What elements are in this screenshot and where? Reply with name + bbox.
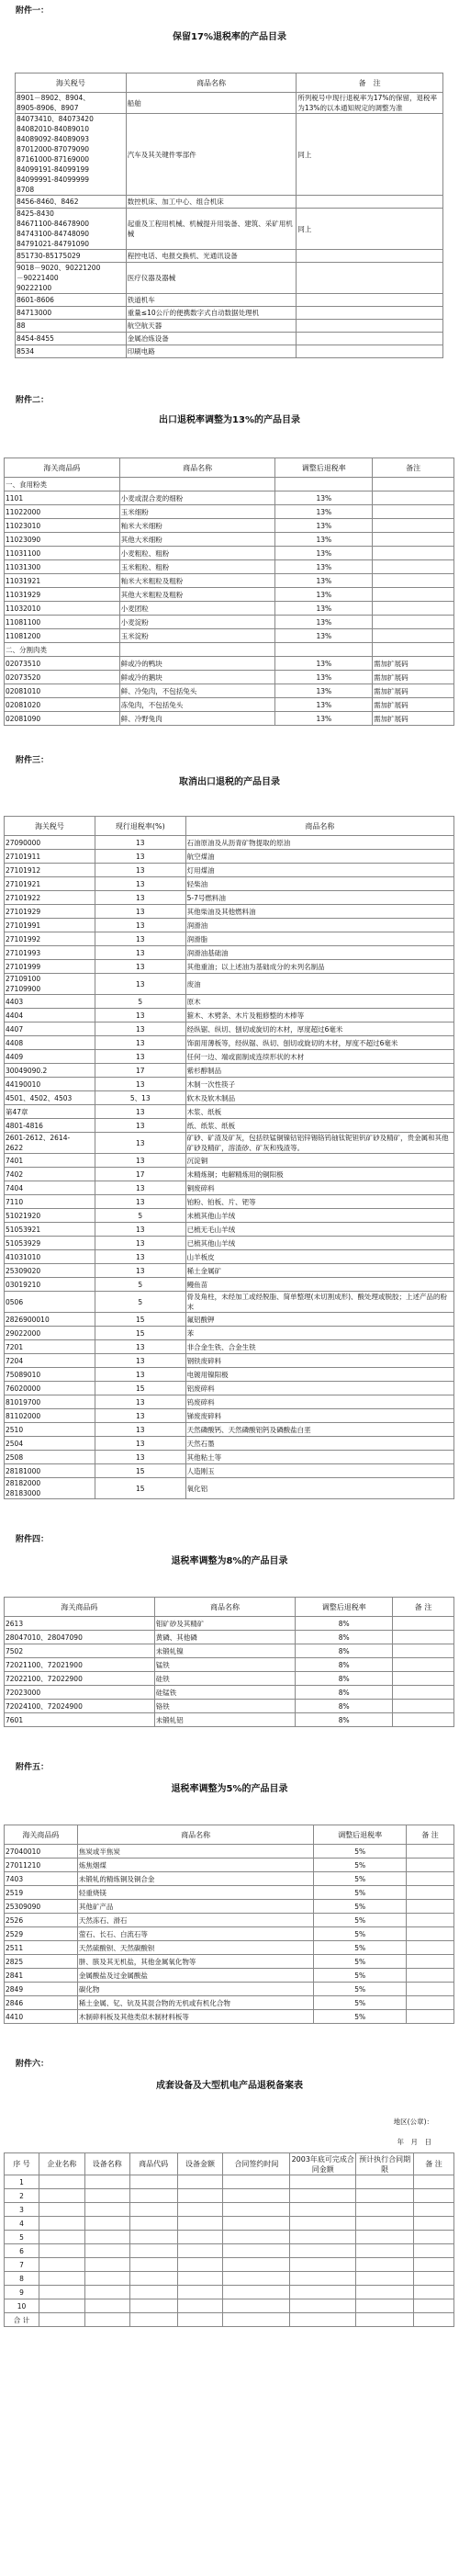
rate-cell: 13 — [95, 1133, 185, 1154]
blank-entry-cell — [177, 2244, 223, 2258]
product-name-cell: 鲜或冷的鹅块 — [119, 671, 275, 684]
product-name-cell: 鲜、冷兔肉，不包括兔头 — [119, 684, 275, 698]
blank-entry-cell — [290, 2189, 356, 2203]
rate-cell: 8% — [296, 1644, 393, 1658]
rate-cell: 13 — [95, 1154, 185, 1168]
product-name-cell: 肼、胲及其无机盐，其他金属氧化物等 — [77, 1955, 313, 1969]
table-row: 440413箍木、木劈条、木片及粗修整的木棒等 — [5, 1009, 454, 1022]
rate-cell: 13% — [275, 560, 373, 574]
table-row: 2849碳化物5% — [5, 1983, 454, 1996]
row-number-cell: 9 — [5, 2286, 39, 2299]
hs-code-cell: 28047010、28047090 — [5, 1631, 155, 1644]
table-row: 8901－8902、8904、 8905-8906、8907船舶所列税号中现行退… — [16, 93, 443, 114]
table-row: 2710199913其他重油；以上述油为基础成分的未列名制品 — [5, 960, 454, 974]
product-name-cell: 人造刚玉 — [185, 1464, 453, 1478]
table-row: 1 — [5, 2175, 454, 2189]
product-name-cell: 玉米粗粒、粗粉 — [119, 560, 275, 574]
section-title: 出口退税率调整为13%的产品目录 — [0, 412, 459, 458]
hs-code-cell: 27090000 — [5, 836, 95, 850]
row-number-cell: 2 — [5, 2189, 39, 2203]
blank-entry-cell — [177, 2217, 223, 2231]
hs-code-cell: 2526 — [5, 1914, 78, 1927]
rate-cell: 5% — [314, 1996, 407, 2010]
product-name-cell: 其他柴油及其他燃料油 — [185, 905, 453, 919]
rate-cell: 15 — [95, 1478, 185, 1499]
blank-entry-cell — [223, 2175, 290, 2189]
product-name-cell: 未精炼铜；电解精炼用的铜阳极 — [185, 1168, 453, 1181]
hs-code-cell: 72022100、72022900 — [5, 1672, 155, 1686]
blank-entry-cell — [177, 2258, 223, 2272]
product-name-cell: 润滑油基础油 — [185, 946, 453, 960]
hs-code-cell: 7404 — [5, 1181, 95, 1195]
col-header: 商品名称 — [154, 1598, 296, 1617]
blank-entry-cell — [177, 2299, 223, 2313]
note-cell: 需加扩展码 — [373, 712, 454, 726]
table-row: 9018－9020、90221200 －90221400 90222100医疗仪… — [16, 263, 443, 294]
blank-entry-cell — [290, 2299, 356, 2313]
hs-code-cell: 8454-8455 — [16, 333, 127, 345]
blank-entry-cell — [39, 2175, 84, 2189]
hs-code-cell: 11023090 — [5, 533, 120, 547]
blank-entry-cell — [223, 2313, 290, 2327]
note-cell — [297, 294, 443, 307]
blank-entry-cell — [39, 2272, 84, 2286]
blank-entry-cell — [414, 2313, 454, 2327]
hs-code-cell: 9018－9020、90221200 －90221400 90222100 — [16, 263, 127, 294]
row-number-cell: 10 — [5, 2299, 39, 2313]
product-name-cell: 小麦粗粒、粗粉 — [119, 547, 275, 560]
product-name-cell: 铂粉、铂板、片、钯等 — [185, 1195, 453, 1209]
blank-entry-cell — [177, 2272, 223, 2286]
blank-entry-cell — [223, 2189, 290, 2203]
note-cell — [393, 1672, 454, 1686]
product-name-cell: 钢铁废碎料 — [185, 1354, 453, 1368]
table-row: 4801-481613纸、纸浆、纸板 — [5, 1119, 454, 1133]
rate-cell: 13% — [275, 657, 373, 671]
attachment-6: 附件六： 成套设备及大型机电产品退税备案表 地区(公章)： 年 月 日 序 号 … — [0, 2024, 459, 2327]
rate-cell: 13% — [275, 533, 373, 547]
rate-cell: 13 — [95, 974, 185, 995]
table-row: 5105392113已梳无毛山羊绒 — [5, 1223, 454, 1237]
hs-code-cell: 27101999 — [5, 960, 95, 974]
product-name-cell: 硅锰铁 — [154, 1686, 296, 1700]
table-row: 282690001015氟铝酸钾 — [5, 1313, 454, 1327]
blank-entry-cell — [39, 2217, 84, 2231]
note-cell — [407, 1872, 454, 1886]
product-name-cell: 原木 — [185, 995, 453, 1009]
blank-entry-cell — [129, 2286, 177, 2299]
section-title: 取消出口退税的产品目录 — [0, 772, 459, 816]
product-name-cell: 其他矿产品 — [77, 1900, 313, 1914]
table-row: 851730-85175029程控电话、电报交换机、光通讯设备 — [16, 250, 443, 263]
note-cell — [393, 1617, 454, 1631]
rate-cell: 8% — [296, 1631, 393, 1644]
note-cell — [407, 1969, 454, 1983]
table-row: 2710199113润滑油 — [5, 919, 454, 932]
note-cell — [407, 1941, 454, 1955]
blank-entry-cell — [414, 2272, 454, 2286]
hs-code-cell: 81102000 — [5, 1409, 95, 1423]
table-row: 2841金属酸盐及过金属酸盐5% — [5, 1969, 454, 1983]
hs-code-cell: 2504 — [5, 1437, 95, 1451]
product-name-cell: 程控电话、电报交换机、光通讯设备 — [126, 250, 297, 263]
product-name-cell: 汽车及其关键件零部件 — [126, 114, 297, 196]
table-row: 2 — [5, 2189, 454, 2203]
note-cell — [373, 602, 454, 616]
rate-cell: 5、13 — [95, 1091, 185, 1105]
rate-cell: 13 — [95, 919, 185, 932]
table-row: 一、食用粉类 — [5, 478, 454, 491]
col-header: 调整后退税率 — [275, 458, 373, 478]
table-13pct: 海关商品码 商品名称 调整后退税率 备注 一、食用粉类1101小麦或混合麦的细粉… — [4, 458, 454, 726]
rate-cell: 8% — [296, 1672, 393, 1686]
rate-cell: 13 — [95, 1451, 185, 1464]
product-name-cell: 轻重烧镁 — [77, 1886, 313, 1900]
table-row: 02073520鲜或冷的鹅块13%需加扩展码 — [5, 671, 454, 684]
col-header: 商品名称 — [126, 73, 297, 93]
product-name-cell: 非合金生铁、合金生铁 — [185, 1340, 453, 1354]
rate-cell: 13 — [95, 1223, 185, 1237]
blank-entry-cell — [177, 2203, 223, 2217]
product-name-cell: 天然硫酸钡、天然碳酸钡 — [77, 1941, 313, 1955]
blank-entry-cell — [223, 2258, 290, 2272]
col-header: 海关商品码 — [5, 1825, 78, 1845]
product-name-cell: 未梳其他山羊绒 — [185, 1209, 453, 1223]
col-header: 预计执行合同期限 — [356, 2153, 414, 2175]
table-row: 72021100、72021900锰铁8% — [5, 1658, 454, 1672]
product-name-cell: 玉米细粉 — [119, 505, 275, 519]
hs-code-cell: 51053921 — [5, 1223, 95, 1237]
attachment-label: 附件二： — [0, 393, 459, 412]
col-header: 备 注 — [393, 1598, 454, 1617]
blank-entry-cell — [129, 2189, 177, 2203]
blank-entry-cell — [356, 2189, 414, 2203]
blank-entry-cell — [356, 2313, 414, 2327]
table-row: 二、分割肉类 — [5, 643, 454, 657]
rate-cell: 13 — [95, 1119, 185, 1133]
col-header: 备 注 — [297, 73, 443, 93]
note-cell — [373, 560, 454, 574]
table-row: 第47章13木浆、纸板 — [5, 1105, 454, 1119]
hs-code-cell: 851730-85175029 — [16, 250, 127, 263]
blank-entry-cell — [84, 2299, 129, 2313]
hs-code-cell: 11031921 — [5, 574, 120, 588]
product-name-cell: 任何一边、端或面制成连续形状的木材 — [185, 1050, 453, 1064]
table-row: 2526天然冻石、滑石5% — [5, 1914, 454, 1927]
hs-code-cell: 4407 — [5, 1022, 95, 1036]
product-name-cell: 箍木、木劈条、木片及粗修整的木棒等 — [185, 1009, 453, 1022]
hs-code-cell: 27101911 — [5, 850, 95, 864]
product-name-cell: 小麦团粒 — [119, 602, 275, 616]
product-name-cell: 氟铝酸钾 — [185, 1313, 453, 1327]
blank-entry-cell — [177, 2231, 223, 2244]
table-row: 720413钢铁废碎料 — [5, 1354, 454, 1368]
hs-code-cell: 27101929 — [5, 905, 95, 919]
rate-cell: 13 — [95, 1395, 185, 1409]
table-row: 8110200013锑废废碎料 — [5, 1409, 454, 1423]
product-name-cell: 其他大米细粉 — [119, 533, 275, 547]
table-row: 4 — [5, 2217, 454, 2231]
product-name-cell: 萤石、长石、白流石等 — [77, 1927, 313, 1941]
hs-code-cell: 29022000 — [5, 1327, 95, 1340]
table-8pct: 海关商品码 商品名称 调整后退税率 备 注 2613钼矿砂及其精矿8%28047… — [4, 1597, 454, 1727]
rate-cell: 17 — [95, 1064, 185, 1078]
blank-entry-cell — [177, 2286, 223, 2299]
blank-entry-cell — [84, 2313, 129, 2327]
section-title: 保留17%退税率的产品目录 — [0, 22, 459, 73]
blank-entry-cell — [84, 2231, 129, 2244]
rate-cell: 5% — [314, 1872, 407, 1886]
rate-cell: 13 — [95, 1437, 185, 1451]
product-name-cell — [119, 643, 275, 657]
date-line: 年 月 日 — [0, 2132, 459, 2152]
table-row: 8456-8460、8462数控机床、加工中心、组合机床 — [16, 196, 443, 209]
rate-cell: 13 — [95, 1181, 185, 1195]
table-row: 720113非合金生铁、合金生铁 — [5, 1340, 454, 1354]
hs-code-cell: 03019210 — [5, 1278, 95, 1292]
product-name-cell: 铜废碎料 — [185, 1181, 453, 1195]
table-row: 740413铜废碎料 — [5, 1181, 454, 1195]
hs-code-cell: 41031010 — [5, 1250, 95, 1264]
hs-code-cell: 44190010 — [5, 1078, 95, 1091]
product-name-cell: 苯 — [185, 1327, 453, 1340]
note-cell — [297, 307, 443, 320]
rate-cell: 13% — [275, 712, 373, 726]
table-row: 11032010小麦团粒13% — [5, 602, 454, 616]
hs-code-cell: 7402 — [5, 1168, 95, 1181]
hs-code-cell: 11031929 — [5, 588, 120, 602]
col-header: 设备金额 — [177, 2153, 223, 2175]
hs-code-cell: 8601-8606 — [16, 294, 127, 307]
rate-cell — [275, 643, 373, 657]
hs-code-cell: 7401 — [5, 1154, 95, 1168]
blank-entry-cell — [290, 2258, 356, 2272]
rate-cell: 13 — [95, 960, 185, 974]
product-name-cell: 未锻轧的精炼铜及铜合金 — [77, 1872, 313, 1886]
hs-code-cell: 2825 — [5, 1955, 78, 1969]
product-name-cell: 焦炭或半焦炭 — [77, 1845, 313, 1859]
table-row: 251013天然磷酸钙、天然磷酸铝钙及磷酸盐白垩 — [5, 1423, 454, 1437]
hs-code-cell: 27101992 — [5, 932, 95, 946]
rate-cell: 13% — [275, 616, 373, 629]
blank-entry-cell — [84, 2244, 129, 2258]
product-name-cell: 软木及软木制品 — [185, 1091, 453, 1105]
table-row: 1101小麦或混合麦的细粉13% — [5, 491, 454, 505]
product-name-cell: 重量≤10公斤的便携数字式自动数据处理机 — [126, 307, 297, 320]
col-header: 商品名称 — [185, 817, 453, 836]
rate-cell: 13 — [95, 1264, 185, 1278]
hs-code-cell: 02073520 — [5, 671, 120, 684]
hs-code-cell: 1101 — [5, 491, 120, 505]
col-header: 备 注 — [414, 2153, 454, 2175]
table-row: 72023000硅锰铁8% — [5, 1686, 454, 1700]
col-header: 商品代码 — [129, 2153, 177, 2175]
blank-entry-cell — [177, 2189, 223, 2203]
table-row: 02081020冻兔肉，不包括兔头13%需加扩展码 — [5, 698, 454, 712]
blank-entry-cell — [414, 2258, 454, 2272]
product-name-cell: 石油原油及从沥青矿物提取的原油 — [185, 836, 453, 850]
hs-code-cell: 02081090 — [5, 712, 120, 726]
hs-code-cell: 2508 — [5, 1451, 95, 1464]
table-row: 05065骨及角柱，未经加工或经脱脂、简单整理(未切割成形)、酸处理或脱胶；上述… — [5, 1292, 454, 1313]
note-cell — [297, 250, 443, 263]
hs-code-cell: 0506 — [5, 1292, 95, 1313]
product-name-cell: 木制一次性筷子 — [185, 1078, 453, 1091]
table-row: 7502未锻轧镍8% — [5, 1644, 454, 1658]
product-name-cell: 籼米大米粗粒及粗粉 — [119, 574, 275, 588]
row-number-cell: 1 — [5, 2175, 39, 2189]
note-cell — [373, 478, 454, 491]
table-row: 2519轻重烧镁5% — [5, 1886, 454, 1900]
hs-code-cell: 2519 — [5, 1886, 78, 1900]
attachment-5: 附件五： 退税率调整为5%的产品目录 海关商品码 商品名称 调整后退税率 备 注… — [0, 1727, 459, 2024]
section-title: 成套设备及大型机电产品退税备案表 — [0, 2075, 459, 2112]
note-cell — [373, 547, 454, 560]
table-row: 2710199313润滑油基础油 — [5, 946, 454, 960]
note-cell — [407, 1886, 454, 1900]
product-name-cell: 5-7号燃料油 — [185, 891, 453, 905]
hs-code-cell: 2826900010 — [5, 1313, 95, 1327]
table-row: 2530902013稀土金属矿 — [5, 1264, 454, 1278]
rate-cell: 13% — [275, 505, 373, 519]
hs-code-cell: 2529 — [5, 1927, 78, 1941]
hs-code-cell: 4409 — [5, 1050, 95, 1064]
note-cell — [297, 333, 443, 345]
product-name-cell: 航空航天器 — [126, 320, 297, 333]
hs-code-cell: 2601-2612、2614- 2622 — [5, 1133, 95, 1154]
product-name-cell: 废油 — [185, 974, 453, 995]
table-row: 72022100、72022900硅铁8% — [5, 1672, 454, 1686]
attachment-label: 附件四： — [0, 1532, 459, 1551]
blank-entry-cell — [39, 2231, 84, 2244]
blank-entry-cell — [129, 2175, 177, 2189]
table-row: 740217未精炼铜；电解精炼用的铜阳极 — [5, 1168, 454, 1181]
col-header: 海关商品码 — [5, 1598, 155, 1617]
rate-cell: 13 — [95, 932, 185, 946]
product-name-cell: 润滑脂 — [185, 932, 453, 946]
product-name-cell: 航空煤油 — [185, 850, 453, 864]
table-row: 8101970013钨废碎料 — [5, 1395, 454, 1409]
attachment-4: 附件四： 退税率调整为8%的产品目录 海关商品码 商品名称 调整后退税率 备 注… — [0, 1499, 459, 1727]
note-cell — [407, 1927, 454, 1941]
table-row: 84073410、84073420 84082010-84089010 8408… — [16, 114, 443, 196]
table-row: 11081200玉米淀粉13% — [5, 629, 454, 643]
hs-code-cell: 28181000 — [5, 1464, 95, 1478]
table-row: 11023010籼米大米细粉13% — [5, 519, 454, 533]
note-cell — [297, 320, 443, 333]
table-row: 2710191113航空煤油 — [5, 850, 454, 864]
table-row: 72024100、72024900铬铁8% — [5, 1700, 454, 1713]
product-name-cell: 铬铁 — [154, 1700, 296, 1713]
rate-cell: 13 — [95, 946, 185, 960]
product-name-cell: 矿砂、矿渣及矿灰，包括铁锰铜镍钴铝锌锡铬钨铀钛铌钽钒矿砂及精矿，贵金属和其他矿砂… — [185, 1133, 453, 1154]
attachment-2: 附件二： 出口退税率调整为13%的产品目录 海关商品码 商品名称 调整后退税率 … — [0, 358, 459, 726]
blank-entry-cell — [39, 2244, 84, 2258]
product-name-cell: 炼焦烟煤 — [77, 1859, 313, 1872]
product-name-cell: 已梳其他山羊绒 — [185, 1237, 453, 1250]
table-row: 6 — [5, 2244, 454, 2258]
table-row: 11031929其他大米粗粒及粗粉13% — [5, 588, 454, 602]
table-row: 7602000015铝废碎料 — [5, 1382, 454, 1395]
rate-cell: 5% — [314, 1955, 407, 1969]
rate-cell: 13% — [275, 491, 373, 505]
blank-entry-cell — [414, 2286, 454, 2299]
rate-cell: 13 — [95, 1250, 185, 1264]
row-number-cell: 7 — [5, 2258, 39, 2272]
product-name-cell: 铁道机车 — [126, 294, 297, 307]
note-cell — [393, 1631, 454, 1644]
hs-code-cell: 27109100 27109900 — [5, 974, 95, 995]
rate-cell: 5% — [314, 1900, 407, 1914]
product-name-cell: 黄磷、其他磷 — [154, 1631, 296, 1644]
rate-cell: 13% — [275, 698, 373, 712]
table-row: 8534印刷电路 — [16, 345, 443, 358]
note-cell — [373, 519, 454, 533]
table-row: 4419001013木制一次性筷子 — [5, 1078, 454, 1091]
product-name-cell: 起重及工程用机械、机械提升用装备、建筑、采矿用机械 — [126, 209, 297, 250]
product-name-cell: 纸、纸浆、纸板 — [185, 1119, 453, 1133]
table-row: 02081010鲜、冷兔肉，不包括兔头13%需加扩展码 — [5, 684, 454, 698]
product-name-cell: 沉淀铜 — [185, 1154, 453, 1168]
row-number-cell: 8 — [5, 2272, 39, 2286]
hs-code-cell: 88 — [16, 320, 127, 333]
rate-cell: 5 — [95, 1278, 185, 1292]
blank-entry-cell — [290, 2175, 356, 2189]
note-cell — [373, 588, 454, 602]
blank-entry-cell — [414, 2203, 454, 2217]
table-row: 2613钼矿砂及其精矿8% — [5, 1617, 454, 1631]
hs-code-cell: 二、分割肉类 — [5, 643, 120, 657]
product-name-cell: 其他粘土等 — [185, 1451, 453, 1464]
blank-entry-cell — [129, 2272, 177, 2286]
rate-cell: 15 — [95, 1464, 185, 1478]
blank-entry-cell — [414, 2217, 454, 2231]
rate-cell: 8% — [296, 1617, 393, 1631]
blank-entry-cell — [177, 2313, 223, 2327]
note-cell — [407, 1845, 454, 1859]
table-row: 2825肼、胲及其无机盐，其他金属氧化物等5% — [5, 1955, 454, 1969]
col-header: 备 注 — [407, 1825, 454, 1845]
table-row: 11031921籼米大米粗粒及粗粉13% — [5, 574, 454, 588]
note-cell: 需加扩展码 — [373, 684, 454, 698]
blank-entry-cell — [84, 2272, 129, 2286]
note-cell — [407, 1955, 454, 1969]
product-name-cell: 电镀用镍阳极 — [185, 1368, 453, 1382]
rate-cell: 13% — [275, 684, 373, 698]
hs-code-cell: 11023010 — [5, 519, 120, 533]
hs-code-cell: 02081020 — [5, 698, 120, 712]
hs-code-cell: 7403 — [5, 1872, 78, 1886]
rate-cell: 13% — [275, 547, 373, 560]
table-row: 2529萤石、长石、白流石等5% — [5, 1927, 454, 1941]
table-row: 27011210炼焦烟煤5% — [5, 1859, 454, 1872]
product-name-cell: 硅铁 — [154, 1672, 296, 1686]
note-cell: 所列税号中现行退税率为17%的保留，退税率为13%的以本通知规定的调整为准 — [297, 93, 443, 114]
hs-code-cell: 8425-8430 84671100-84678900 84743100-847… — [16, 209, 127, 250]
blank-entry-cell — [84, 2175, 129, 2189]
rate-cell: 5% — [314, 1845, 407, 1859]
blank-entry-cell — [39, 2286, 84, 2299]
row-number-cell: 6 — [5, 2244, 39, 2258]
hs-code-cell: 30049090.2 — [5, 1064, 95, 1078]
blank-entry-cell — [223, 2244, 290, 2258]
col-header: 设备名称 — [84, 2153, 129, 2175]
table-row: 250813其他粘土等 — [5, 1451, 454, 1464]
table-row: 3 — [5, 2203, 454, 2217]
rate-cell: 5% — [314, 1927, 407, 1941]
rate-cell: 13 — [95, 836, 185, 850]
product-name-cell: 木制碎料板及其他类似木制材料板等 — [77, 2010, 313, 2024]
